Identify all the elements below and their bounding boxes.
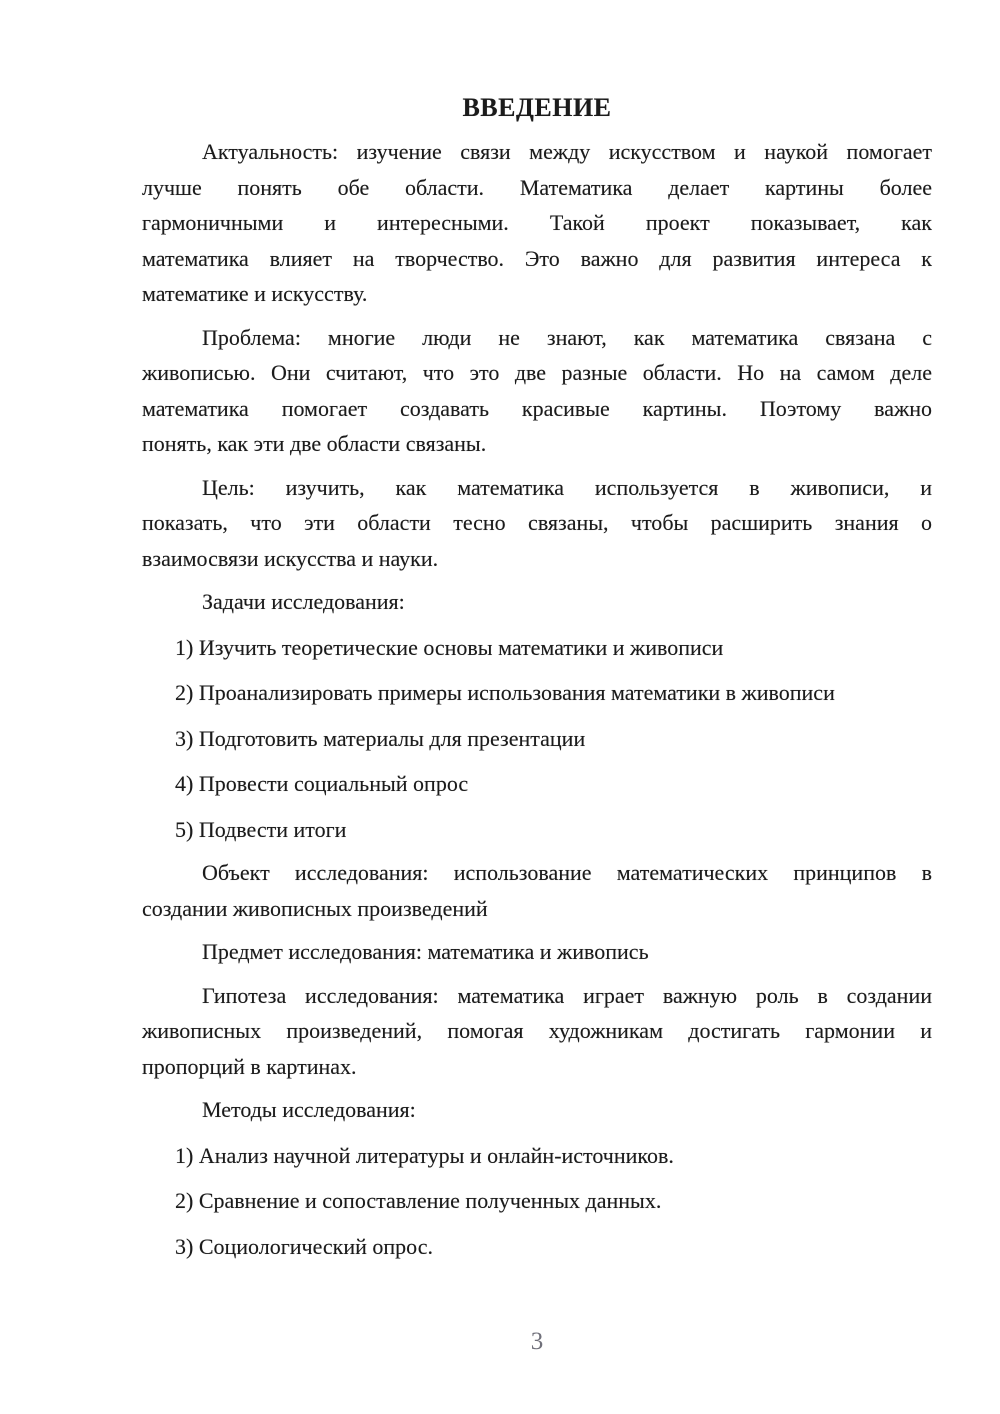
text-line: Актуальность: изучение связи между искус… bbox=[142, 134, 932, 170]
text-line: пропорций в картинах. bbox=[142, 1049, 932, 1085]
text-line: Цель: изучить, как математика использует… bbox=[142, 470, 932, 506]
list-item: 2) Проанализировать примеры использовани… bbox=[142, 675, 932, 711]
document-body: Актуальность: изучение связи между искус… bbox=[142, 134, 932, 1264]
text-line: взаимосвязи искусства и науки. bbox=[142, 541, 932, 577]
list-item: 5) Подвести итоги bbox=[142, 812, 932, 848]
text-line: показать, что эти области тесно связаны,… bbox=[142, 505, 932, 541]
list-item: 2) Сравнение и сопоставление полученных … bbox=[142, 1183, 932, 1219]
text-line: Методы исследования: bbox=[142, 1092, 932, 1128]
text-line: 1) Анализ научной литературы и онлайн-ис… bbox=[175, 1138, 932, 1174]
text-line: живописных произведений, помогая художни… bbox=[142, 1013, 932, 1049]
list-item: 4) Провести социальный опрос bbox=[142, 766, 932, 802]
text-line: понять, как эти две области связаны. bbox=[142, 426, 932, 462]
list-item: 3) Социологический опрос. bbox=[142, 1229, 932, 1265]
text-line: гармоничными и интересными. Такой проект… bbox=[142, 205, 932, 241]
list-item: 1) Анализ научной литературы и онлайн-ис… bbox=[142, 1138, 932, 1174]
paragraph: Актуальность: изучение связи между искус… bbox=[142, 134, 932, 312]
text-line: 4) Провести социальный опрос bbox=[175, 766, 932, 802]
text-line: 3) Социологический опрос. bbox=[175, 1229, 932, 1265]
document-content: ВВЕДЕНИЕ Актуальность: изучение связи ме… bbox=[142, 90, 932, 1264]
list-item: 3) Подготовить материалы для презентации bbox=[142, 721, 932, 757]
paragraph: Гипотеза исследования: математика играет… bbox=[142, 978, 932, 1085]
paragraph: Методы исследования: bbox=[142, 1092, 932, 1128]
text-line: Задачи исследования: bbox=[142, 584, 932, 620]
text-line: лучше понять обе области. Математика дел… bbox=[142, 170, 932, 206]
paragraph: Проблема: многие люди не знают, как мате… bbox=[142, 320, 932, 462]
paragraph: Предмет исследования: математика и живоп… bbox=[142, 934, 932, 970]
paragraph: Задачи исследования: bbox=[142, 584, 932, 620]
paragraph: Цель: изучить, как математика использует… bbox=[142, 470, 932, 577]
text-line: 5) Подвести итоги bbox=[175, 812, 932, 848]
paragraph: Объект исследования: использование матем… bbox=[142, 855, 932, 926]
text-line: 2) Сравнение и сопоставление полученных … bbox=[175, 1183, 932, 1219]
text-line: 3) Подготовить материалы для презентации bbox=[175, 721, 932, 757]
text-line: 1) Изучить теоретические основы математи… bbox=[175, 630, 932, 666]
text-line: математика влияет на творчество. Это важ… bbox=[142, 241, 932, 277]
document-title: ВВЕДЕНИЕ bbox=[142, 90, 932, 126]
text-line: Объект исследования: использование матем… bbox=[142, 855, 932, 891]
text-line: математика помогает создавать красивые к… bbox=[142, 391, 932, 427]
text-line: Проблема: многие люди не знают, как мате… bbox=[142, 320, 932, 356]
text-line: 2) Проанализировать примеры использовани… bbox=[175, 675, 932, 711]
text-line: математике и искусству. bbox=[142, 276, 932, 312]
page-number: 3 bbox=[142, 1326, 932, 1358]
text-line: Гипотеза исследования: математика играет… bbox=[142, 978, 932, 1014]
document-page: ВВЕДЕНИЕ Актуальность: изучение связи ме… bbox=[0, 0, 1000, 1414]
text-line: Предмет исследования: математика и живоп… bbox=[142, 934, 932, 970]
text-line: живописью. Они считают, что это две разн… bbox=[142, 355, 932, 391]
list-item: 1) Изучить теоретические основы математи… bbox=[142, 630, 932, 666]
text-line: создании живописных произведений bbox=[142, 891, 932, 927]
